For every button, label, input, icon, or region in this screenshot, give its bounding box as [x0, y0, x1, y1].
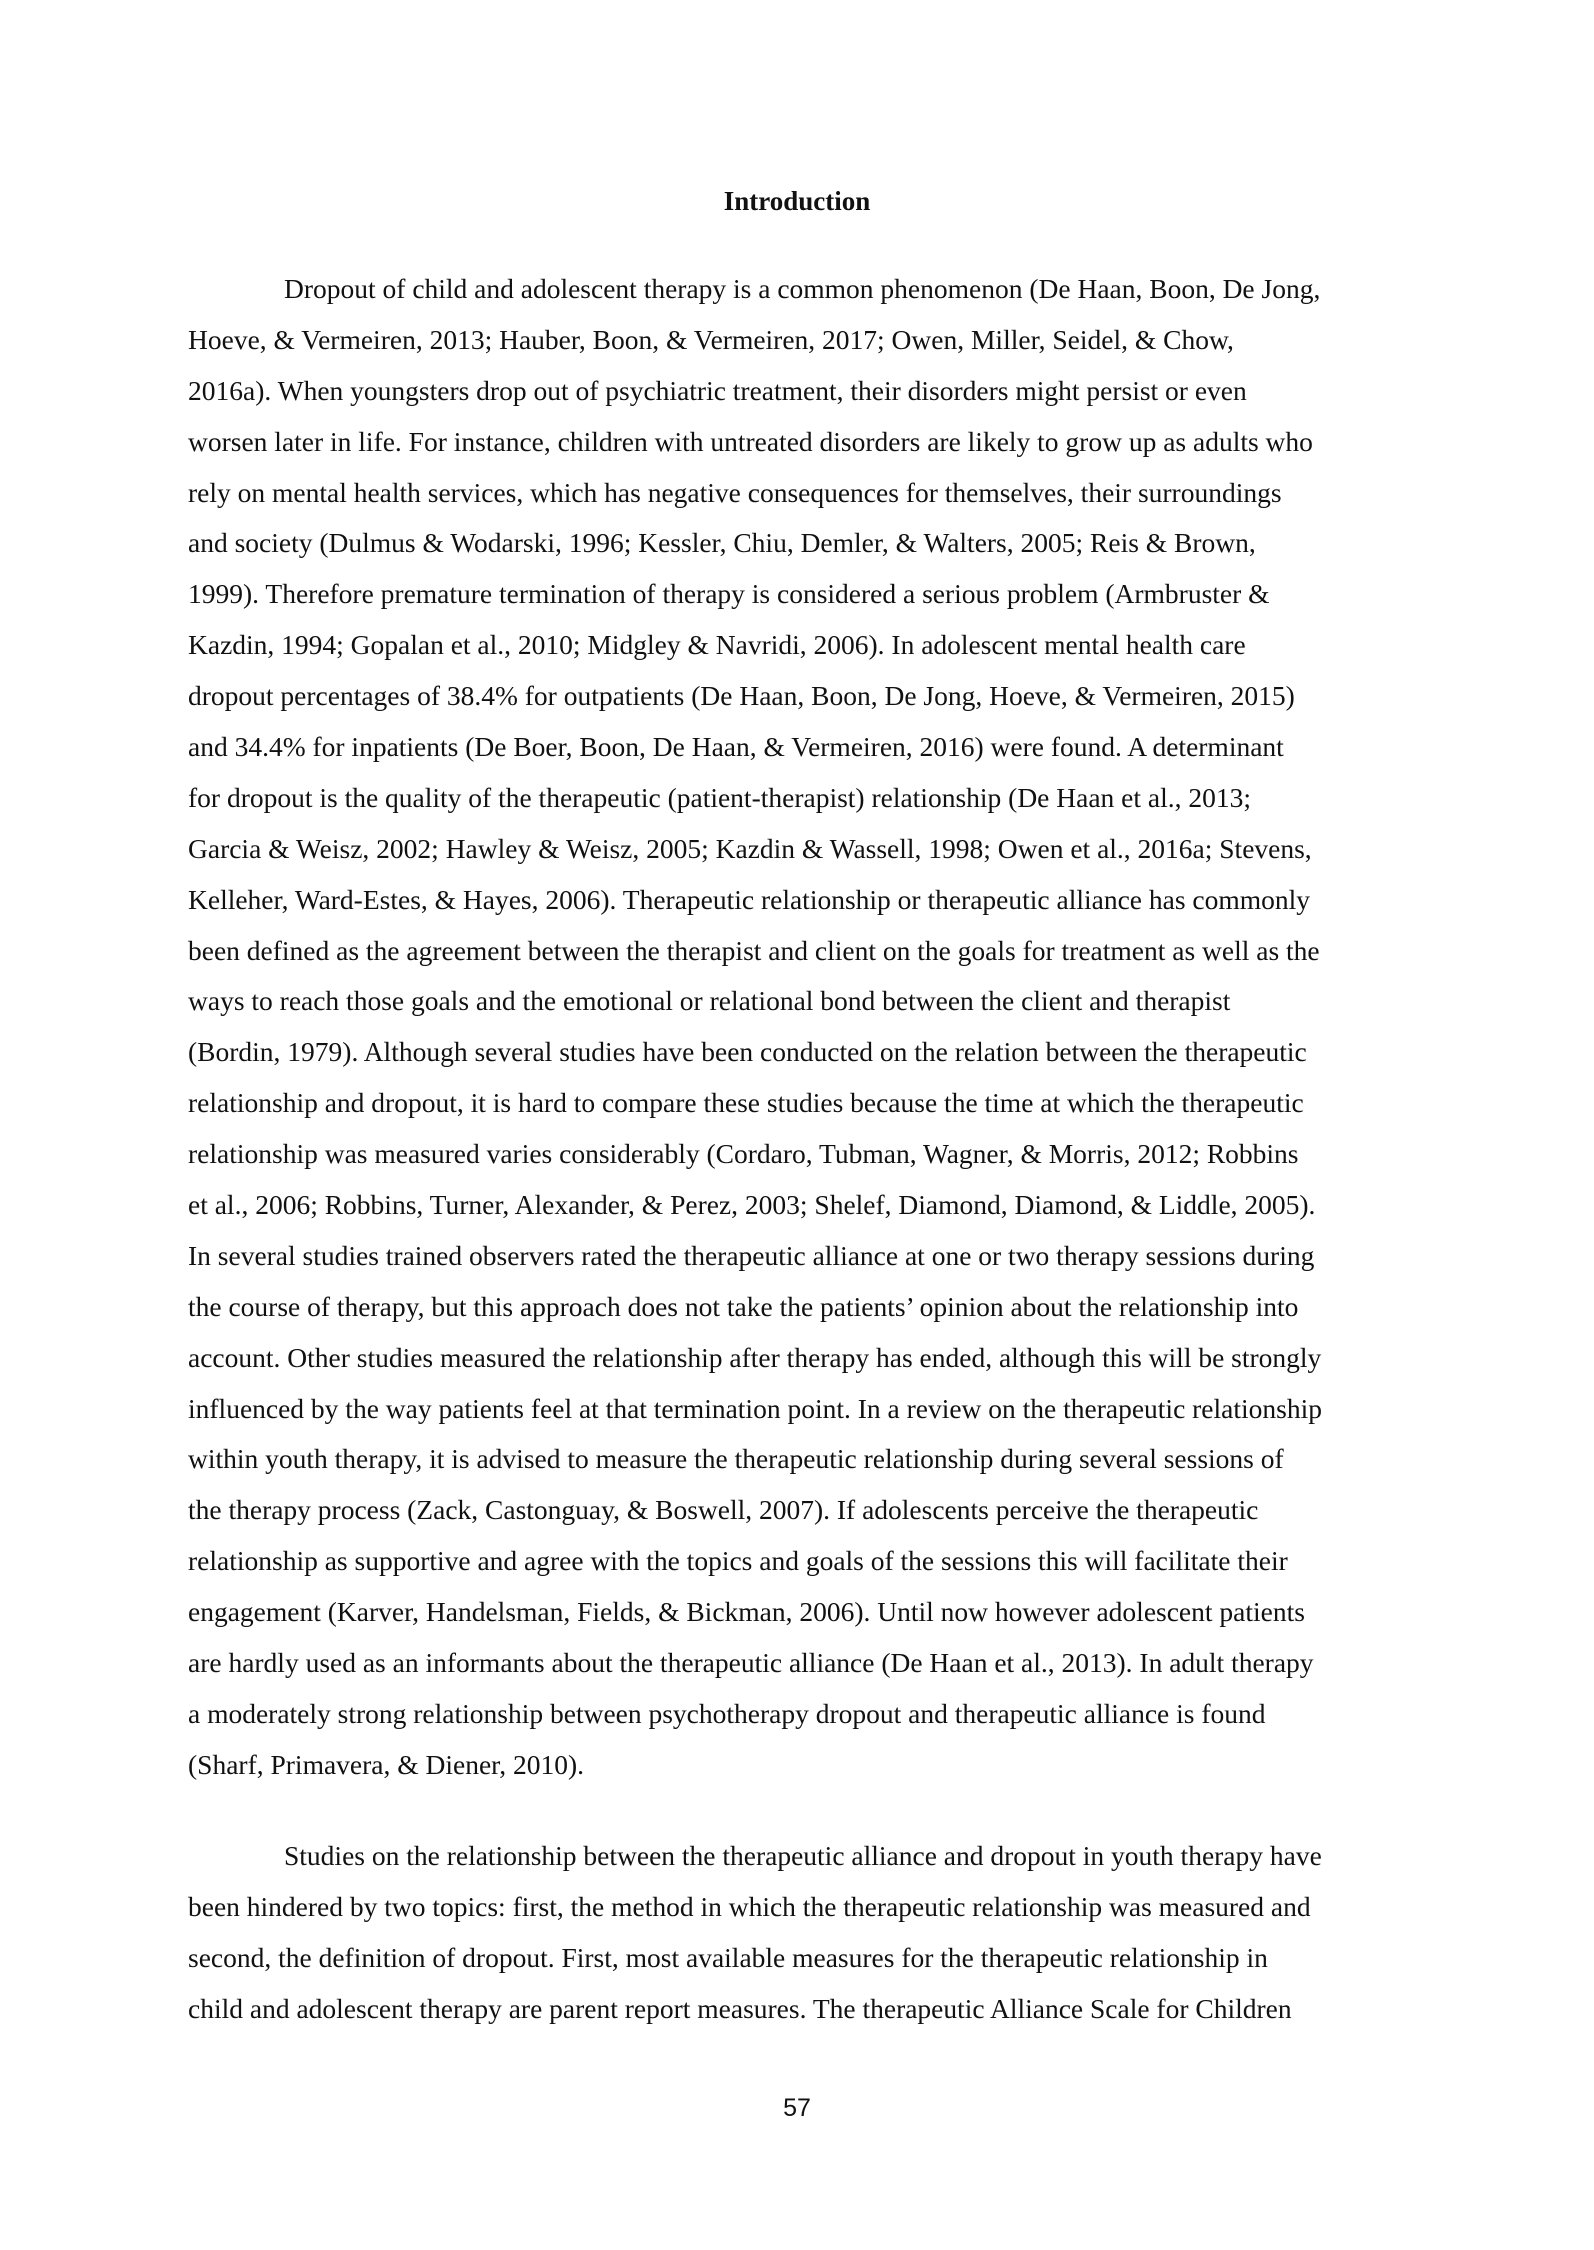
- text-line: et al., 2006; Robbins, Turner, Alexander…: [188, 1180, 1403, 1231]
- text-line: been defined as the agreement between th…: [188, 926, 1403, 977]
- text-line: (Bordin, 1979). Although several studies…: [188, 1027, 1403, 1078]
- text-line: relationship and dropout, it is hard to …: [188, 1078, 1403, 1129]
- text-line: Hoeve, & Vermeiren, 2013; Hauber, Boon, …: [188, 315, 1403, 366]
- paragraph-2: Studies on the relationship between the …: [188, 1831, 1403, 2035]
- text-line: Studies on the relationship between the …: [188, 1831, 1403, 1882]
- text-line: worsen later in life. For instance, chil…: [188, 417, 1403, 468]
- text-line: child and adolescent therapy are parent …: [188, 1984, 1403, 2035]
- text-line: rely on mental health services, which ha…: [188, 468, 1403, 519]
- text-line: Kelleher, Ward-Estes, & Hayes, 2006). Th…: [188, 875, 1403, 926]
- text-line: influenced by the way patients feel at t…: [188, 1384, 1403, 1435]
- text-line: Garcia & Weisz, 2002; Hawley & Weisz, 20…: [188, 824, 1403, 875]
- text-line: relationship was measured varies conside…: [188, 1129, 1403, 1180]
- text-line: dropout percentages of 38.4% for outpati…: [188, 671, 1403, 722]
- text-line: ways to reach those goals and the emotio…: [188, 976, 1403, 1027]
- text-line: within youth therapy, it is advised to m…: [188, 1434, 1403, 1485]
- text-line: and society (Dulmus & Wodarski, 1996; Ke…: [188, 518, 1403, 569]
- section-heading: Introduction: [0, 186, 1594, 217]
- text-line: for dropout is the quality of the therap…: [188, 773, 1403, 824]
- text-line: relationship as supportive and agree wit…: [188, 1536, 1403, 1587]
- document-page: Introduction Dropout of child and adoles…: [0, 0, 1594, 2250]
- text-line: 1999). Therefore premature termination o…: [188, 569, 1403, 620]
- text-line: been hindered by two topics: first, the …: [188, 1882, 1403, 1933]
- paragraph-1: Dropout of child and adolescent therapy …: [188, 264, 1403, 1791]
- text-line: 2016a). When youngsters drop out of psyc…: [188, 366, 1403, 417]
- text-line: In several studies trained observers rat…: [188, 1231, 1403, 1282]
- text-line: Dropout of child and adolescent therapy …: [188, 264, 1403, 315]
- text-line: are hardly used as an informants about t…: [188, 1638, 1403, 1689]
- text-line: engagement (Karver, Handelsman, Fields, …: [188, 1587, 1403, 1638]
- text-line: a moderately strong relationship between…: [188, 1689, 1403, 1740]
- page-number: 57: [0, 2094, 1594, 2123]
- text-line: and 34.4% for inpatients (De Boer, Boon,…: [188, 722, 1403, 773]
- text-line: the therapy process (Zack, Castonguay, &…: [188, 1485, 1403, 1536]
- text-line: account. Other studies measured the rela…: [188, 1333, 1403, 1384]
- text-line: the course of therapy, but this approach…: [188, 1282, 1403, 1333]
- text-line: second, the definition of dropout. First…: [188, 1933, 1403, 1984]
- text-line: (Sharf, Primavera, & Diener, 2010).: [188, 1740, 1403, 1791]
- text-line: Kazdin, 1994; Gopalan et al., 2010; Midg…: [188, 620, 1403, 671]
